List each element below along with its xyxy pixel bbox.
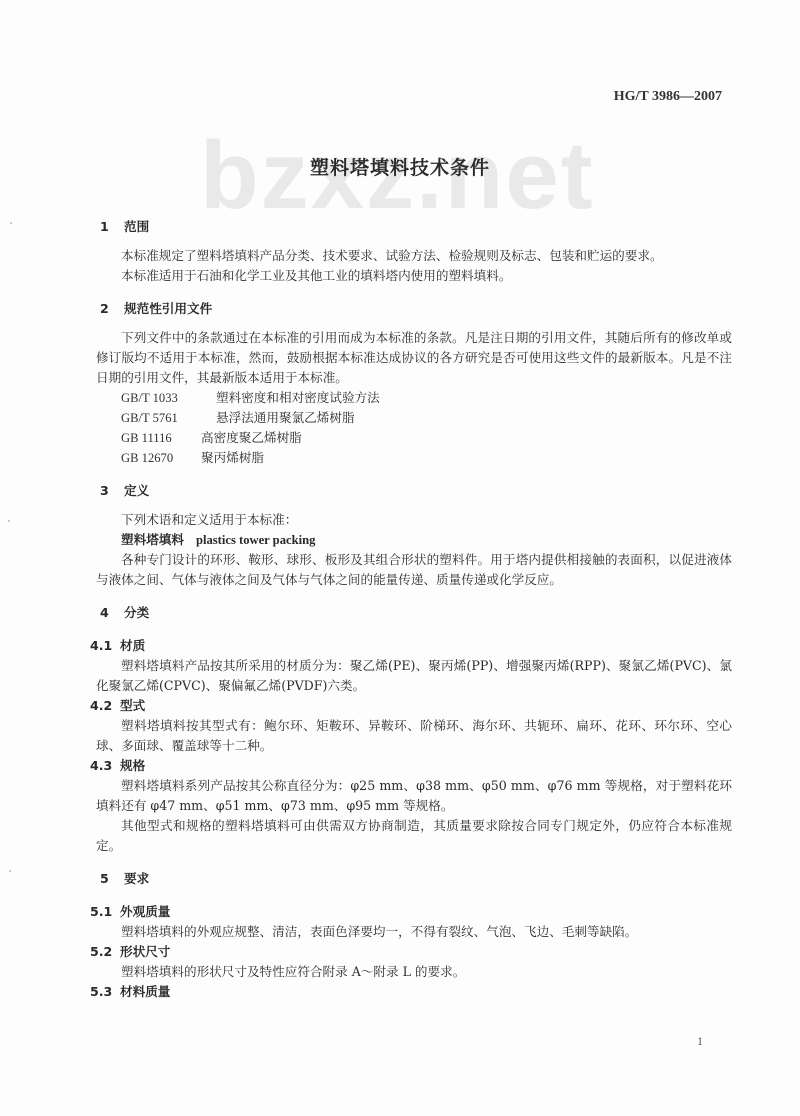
section-heading-4: 4分类 — [96, 602, 732, 624]
reference-item: GB 12670聚丙烯树脂 — [96, 448, 732, 468]
subsection-title: 规格 — [120, 758, 145, 773]
term-definition: 各种专门设计的环形、鞍形、球形、板形及其组合形状的塑料件。用于塔内提供相接触的表… — [96, 550, 732, 590]
scan-speck — [8, 520, 10, 522]
subsection-number: 5.1 — [90, 902, 120, 922]
scan-speck — [10, 222, 12, 224]
reference-name: 塑料密度和相对密度试验方法 — [216, 390, 380, 405]
section-heading-2: 2规范性引用文件 — [96, 298, 732, 320]
subsection-number: 4.2 — [90, 696, 120, 716]
paragraph: 塑料塔填料的外观应规整、清洁，表面色泽要均一，不得有裂纹、气泡、飞边、毛刺等缺陷… — [96, 922, 732, 942]
paragraph: 塑料塔填料的形状尺寸及特性应符合附录 A～附录 L 的要求。 — [96, 962, 732, 982]
reference-name: 高密度聚乙烯树脂 — [201, 430, 302, 445]
reference-name: 聚丙烯树脂 — [201, 450, 264, 465]
subsection-number: 4.3 — [90, 756, 120, 776]
subsection-title: 型式 — [120, 698, 145, 713]
section-number: 4 — [96, 602, 124, 624]
subsection-heading-5-3: 5.3材料质量 — [96, 982, 732, 1002]
subsection-heading-4-3: 4.3规格 — [96, 756, 732, 776]
subsection-heading-4-1: 4.1材质 — [96, 636, 732, 656]
paragraph: 下列术语和定义适用于本标准： — [96, 510, 732, 530]
paragraph: 塑料塔填料系列产品按其公称直径分为：φ25 mm、φ38 mm、φ50 mm、φ… — [96, 776, 732, 816]
section-title: 分类 — [124, 605, 149, 620]
reference-code: GB 11116 — [121, 428, 201, 448]
term-entry: 塑料塔填料plastics tower packing — [96, 530, 732, 550]
scan-speck — [9, 870, 11, 872]
paragraph: 下列文件中的条款通过在本标准的引用而成为本标准的条款。凡是注日期的引用文件，其随… — [96, 328, 732, 388]
paragraph: 本标准适用于石油和化学工业及其他工业的填料塔内使用的塑料填料。 — [96, 266, 732, 286]
document-body: 1范围 本标准规定了塑料塔填料产品分类、技术要求、试验方法、检验规则及标志、包装… — [96, 216, 732, 1002]
term-chinese: 塑料塔填料 — [121, 532, 184, 547]
subsection-number: 5.2 — [90, 942, 120, 962]
section-number: 3 — [96, 480, 124, 502]
reference-item: GB/T 1033塑料密度和相对密度试验方法 — [96, 388, 732, 408]
paragraph: 本标准规定了塑料塔填料产品分类、技术要求、试验方法、检验规则及标志、包装和贮运的… — [96, 246, 732, 266]
subsection-heading-4-2: 4.2型式 — [96, 696, 732, 716]
reference-item: GB 11116高密度聚乙烯树脂 — [96, 428, 732, 448]
reference-item: GB/T 5761悬浮法通用聚氯乙烯树脂 — [96, 408, 732, 428]
section-number: 1 — [96, 216, 124, 238]
section-title: 规范性引用文件 — [124, 301, 212, 316]
section-number: 5 — [96, 868, 124, 890]
section-title: 定义 — [124, 483, 149, 498]
section-heading-3: 3定义 — [96, 480, 732, 502]
section-title: 范围 — [124, 219, 149, 234]
reference-name: 悬浮法通用聚氯乙烯树脂 — [216, 410, 355, 425]
page-number: 1 — [697, 1034, 703, 1049]
subsection-heading-5-1: 5.1外观质量 — [96, 902, 732, 922]
section-title: 要求 — [124, 871, 149, 886]
reference-code: GB/T 5761 — [121, 408, 216, 428]
subsection-number: 4.1 — [90, 636, 120, 656]
term-english: plastics tower packing — [196, 533, 315, 547]
document-page: HG/T 3986—2007 bzxz.net 塑料塔填料技术条件 1范围 本标… — [0, 0, 800, 1116]
paragraph: 其他型式和规格的塑料塔填料可由供需双方协商制造，其质量要求除按合同专门规定外，仍… — [96, 816, 732, 856]
subsection-title: 材料质量 — [120, 984, 170, 999]
subsection-title: 形状尺寸 — [120, 944, 170, 959]
reference-code: GB/T 1033 — [121, 388, 216, 408]
reference-code: GB 12670 — [121, 448, 201, 468]
subsection-title: 材质 — [120, 638, 145, 653]
section-heading-1: 1范围 — [96, 216, 732, 238]
paragraph: 塑料塔填料按其型式有：鲍尔环、矩鞍环、异鞍环、阶梯环、海尔环、共轭环、扁环、花环… — [96, 716, 732, 756]
subsection-number: 5.3 — [90, 982, 120, 1002]
document-title: 塑料塔填料技术条件 — [0, 153, 800, 180]
paragraph: 塑料塔填料产品按其所采用的材质分为：聚乙烯(PE)、聚丙烯(PP)、增强聚丙烯(… — [96, 656, 732, 696]
section-heading-5: 5要求 — [96, 868, 732, 890]
standard-code: HG/T 3986—2007 — [614, 89, 722, 105]
subsection-title: 外观质量 — [120, 904, 170, 919]
subsection-heading-5-2: 5.2形状尺寸 — [96, 942, 732, 962]
section-number: 2 — [96, 298, 124, 320]
